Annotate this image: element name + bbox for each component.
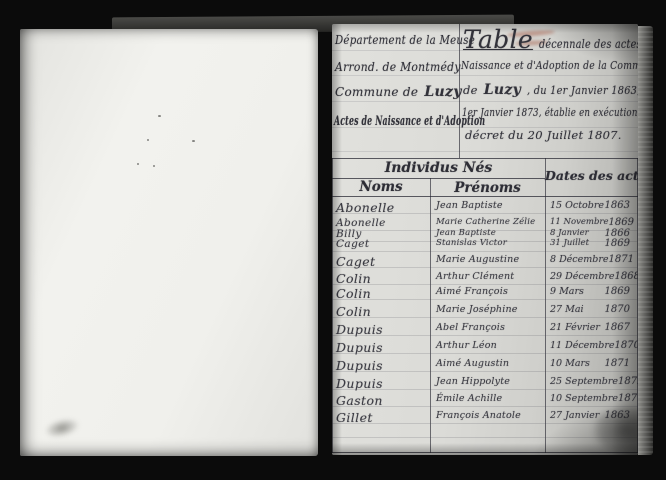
date-day-month: 25 Septembre [550, 376, 618, 387]
ruled-line [332, 101, 638, 102]
title-line: Table décennale des actes de [463, 27, 638, 52]
commune-label: Commune de [335, 85, 418, 99]
cell-date: 15 Octobre1863 [550, 200, 634, 211]
column-header-noms: Noms [332, 179, 430, 195]
ruled-line [332, 371, 638, 372]
cell-prenoms: Arthur Clément [436, 271, 542, 282]
cell-date: 29 Décembre1868 [550, 271, 634, 282]
date-year: 1867 [605, 322, 634, 333]
date-day-month: 11 Novembre [550, 217, 609, 228]
ruled-line [332, 335, 638, 336]
left-blank-page [20, 29, 318, 456]
table-row: DupuisAimé Augustin10 Mars1871 [332, 358, 638, 372]
ruled-line [332, 251, 638, 252]
table-row: ColinMarie Joséphine27 Mai1870 [332, 304, 638, 318]
cell-prenoms: Abel François [436, 322, 542, 333]
ruled-line [332, 241, 638, 242]
paper-speck [192, 140, 195, 142]
date-year: 1869 [605, 286, 634, 297]
column-header-dates: Dates des actes [545, 168, 638, 183]
date-day-month: 10 Mars [550, 358, 590, 369]
cell-date: 27 Mai1870 [550, 304, 634, 315]
date-year: 1872 [618, 376, 638, 387]
commune-line: Commune de Luzy [335, 84, 462, 100]
dark-stain [582, 396, 638, 455]
table-border-top [332, 158, 638, 159]
date-year: 1871 [605, 358, 634, 369]
column-header-underline [332, 196, 638, 197]
date-day-month: 29 Décembre [550, 271, 615, 282]
commune-name: Luzy [424, 84, 461, 100]
paper-speck [137, 163, 139, 165]
date-day-month: 9 Mars [550, 286, 584, 297]
table-row: CagetMarie Augustine8 Décembre1871 [332, 254, 638, 268]
cell-date: 11 Décembre1870 [550, 340, 634, 351]
cell-prenoms: François Anatole [436, 410, 542, 421]
date-day-month: 8 Décembre [550, 254, 609, 265]
cell-prenoms: Aimé Augustin [436, 358, 542, 369]
date-day-month: 31 Juillet [550, 238, 589, 249]
line3-commune: Luzy [484, 82, 521, 98]
ruled-line [332, 317, 638, 318]
scanned-register-photo: Département de la Meuse Arrond. de Montm… [0, 0, 666, 480]
paper-speck [147, 139, 149, 141]
header-right-line4: 1er Janvier 1873, établie en exécution d… [462, 105, 638, 119]
cell-prenoms: Marie Catherine Zélie [436, 217, 542, 227]
cell-nom: Caget [336, 238, 428, 250]
ruled-line [332, 284, 638, 285]
group-header-individus-nes: Individus Nés [332, 160, 545, 176]
title-rest: décennale des actes de [539, 37, 638, 51]
header-right-line2: Naissance et d'Adoption de la Commune [461, 58, 638, 72]
table-row: DupuisArthur Léon11 Décembre1870 [332, 340, 638, 354]
book-page-edges [638, 26, 653, 455]
date-year: 1868 [615, 271, 638, 282]
ruled-line [332, 230, 638, 231]
departement-line: Département de la Meuse [335, 33, 475, 47]
cell-prenoms: Stanislas Victor [436, 238, 542, 248]
ruled-line [332, 151, 638, 152]
paper-smudge [42, 415, 81, 441]
paper-speck [153, 165, 155, 167]
date-year: 1870 [605, 304, 634, 315]
cell-date: 25 Septembre1872 [550, 376, 634, 387]
cell-prenoms: Jean Hippolyte [436, 376, 542, 387]
table-row: DupuisAbel François21 Février1867 [332, 322, 638, 336]
cell-date: 9 Mars1869 [550, 286, 634, 297]
date-day-month: 15 Octobre [550, 200, 604, 211]
ruled-line [332, 75, 638, 76]
cell-date: 21 Février1867 [550, 322, 634, 333]
table-row: DupuisJean Hippolyte25 Septembre1872 [332, 376, 638, 390]
arrondissement-line: Arrond. de Montmédy [335, 60, 461, 74]
date-year: 1863 [605, 200, 634, 211]
ruled-line [332, 267, 638, 268]
cell-prenoms: Marie Joséphine [436, 304, 542, 315]
ruled-line [332, 353, 638, 354]
ruled-line [332, 299, 638, 300]
cell-date: 31 Juillet1869 [550, 238, 634, 249]
header-right-line5: décret du 20 Juillet 1807. [465, 128, 622, 142]
cell-prenoms: Émile Achille [436, 393, 542, 404]
right-register-page: Département de la Meuse Arrond. de Montm… [332, 24, 638, 455]
header-divider-line [459, 24, 460, 158]
ruled-line [332, 213, 638, 214]
cell-prenoms: Marie Augustine [436, 254, 542, 265]
date-year: 1871 [609, 254, 638, 265]
column-header-prenoms: Prénoms [430, 180, 545, 196]
cell-prenoms: Arthur Léon [436, 340, 542, 351]
cell-prenoms: Jean Baptiste [436, 200, 542, 211]
cell-date: 8 Décembre1871 [550, 254, 634, 265]
table-row: ColinArthur Clément29 Décembre1868 [332, 271, 638, 285]
date-year: 1870 [615, 340, 638, 351]
cell-date: 11 Novembre1869 [550, 217, 634, 228]
date-day-month: 21 Février [550, 322, 600, 333]
date-day-month: 27 Mai [550, 304, 584, 315]
line3-prefix: de [463, 83, 478, 97]
title-word: Table [463, 27, 533, 52]
table-row: AbonelleJean Baptiste15 Octobre1863 [332, 200, 638, 214]
header-right-line3: de Luzy , du 1er Janvier 1863, au [463, 82, 638, 98]
cell-date: 10 Mars1871 [550, 358, 634, 369]
table-row: ColinAimé François9 Mars1869 [332, 286, 638, 300]
cell-prenoms: Aimé François [436, 286, 542, 297]
date-year: 1869 [605, 238, 634, 249]
date-year: 1869 [609, 217, 638, 228]
ruled-line [332, 389, 638, 390]
paper-speck [158, 115, 161, 117]
date-day-month: 11 Décembre [550, 340, 615, 351]
line3-suffix: , du 1er Janvier 1863, au [527, 83, 638, 97]
